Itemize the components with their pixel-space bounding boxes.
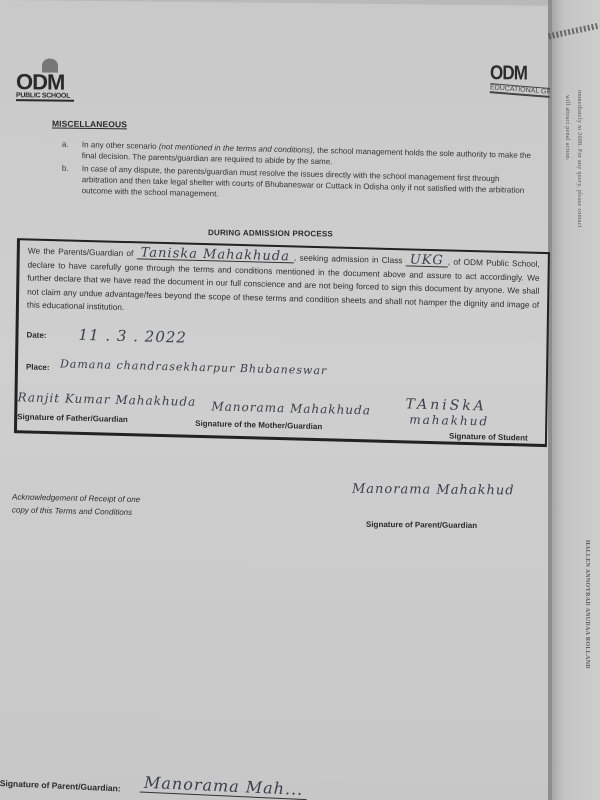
miscellaneous-heading: MISCELLANEOUS <box>52 119 127 130</box>
odm-educational-group-logo: ODM EDUCATIONAL GROUP <box>490 63 552 94</box>
parent-signature[interactable]: Manorama Mahakhud <box>352 482 515 499</box>
logo-title: ODM <box>16 72 74 93</box>
date-field[interactable]: 11 . 3 . 2022 <box>78 326 187 347</box>
place-field[interactable]: Damana chandrasekharpur Bhubaneswar <box>60 357 327 377</box>
logo-subtitle: EDUCATIONAL GROUP <box>490 83 551 98</box>
adjacent-page-text: immediately in 2008. For any query, plea… <box>576 90 582 270</box>
adjacent-page: immediately in 2008. For any query, plea… <box>548 0 600 800</box>
declaration-text-part: , seeking admission in Class <box>294 252 403 265</box>
father-signature-label: Signature of Father/Guardian <box>17 412 128 424</box>
next-page-signature[interactable]: Manorama Mah... <box>140 773 308 800</box>
declaration-text-part: , of ODM Public School, declare to have … <box>27 256 540 312</box>
student-signature-label: Signature of Student <box>449 432 528 443</box>
adjacent-page-text: will attract penal action. <box>564 95 570 185</box>
admission-process-heading: DURING ADMISSION PROCESS <box>208 228 333 238</box>
adjacent-page-text: HALLEN ANNOYRAD ANUDAA ROLLAND <box>584 540 590 800</box>
place-label: Place: <box>26 362 50 372</box>
declaration-text: We the Parents/Guardian of Taniska Mahak… <box>27 244 540 325</box>
class-field[interactable]: UKG <box>406 254 448 267</box>
item-marker: a. <box>62 139 69 150</box>
declaration-box: We the Parents/Guardian of Taniska Mahak… <box>14 238 550 447</box>
student-name-field[interactable]: Taniska Mahakhuda <box>137 247 294 263</box>
odm-public-school-logo: ODM PUBLIC SCHOOL <box>16 58 74 102</box>
next-page-signature-label: Signature of Parent/Guardian: <box>0 778 121 793</box>
parent-signature-label: Signature of Parent/Guardian <box>366 520 477 530</box>
item-text: In any other scenario <box>82 140 159 151</box>
logo-subtitle: PUBLIC SCHOOL <box>16 92 74 102</box>
date-label: Date: <box>26 330 46 340</box>
item-marker: b. <box>62 163 69 174</box>
document-page: ODM PUBLIC SCHOOL ODM EDUCATIONAL GROUP … <box>0 0 548 800</box>
mother-signature[interactable]: Manorama Mahakhuda <box>211 399 371 417</box>
father-signature[interactable]: Ranjit Kumar Mahakhuda <box>17 390 196 409</box>
acknowledgement-text: Acknowledgement of Receipt of one copy o… <box>12 490 140 519</box>
mother-signature-label: Signature of the Mother/Guardian <box>195 419 322 431</box>
page-fold <box>548 0 552 800</box>
acknowledgement-line: copy of this Terms and Conditions <box>12 503 140 519</box>
declaration-text-part: We the Parents/Guardian of <box>28 245 134 258</box>
student-signature-line2[interactable]: mahakhud <box>409 412 489 428</box>
logo-title: ODM <box>490 63 543 84</box>
